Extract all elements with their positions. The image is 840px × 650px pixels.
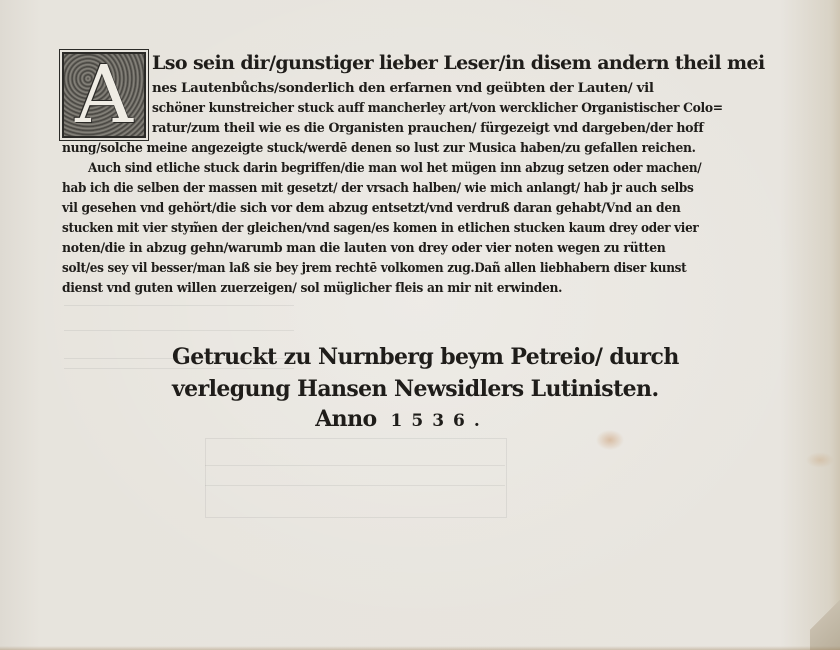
body-line-2: nes Lautenbůchs/sonderlich den erfarnen …: [152, 80, 654, 96]
body-line-3: schöner kunstreicher stuck auff mancherl…: [152, 100, 723, 116]
body-line-7: hab ich die selben der massen mit gesetz…: [62, 180, 694, 196]
body-line-8: vil gesehen vnd gehört/die sich vor dem …: [62, 200, 680, 216]
colophon-year: Anno1536.: [172, 406, 632, 432]
show-through-box: [205, 438, 507, 518]
page-corner-fold: [810, 580, 840, 650]
colophon-line-2: verlegung Hansen Newsidlers Lutinisten.: [172, 376, 632, 402]
body-line-1: Lso sein dir/gunstiger lieber Leser/in d…: [152, 52, 765, 74]
colophon-year-digits: 1536.: [391, 411, 489, 431]
page-bottom-edge: [0, 646, 840, 650]
body-line-6: Auch sind etliche stuck darin begriffen/…: [88, 160, 701, 176]
body-line-12: dienst vnd guten willen zuerzeigen/ sol …: [62, 280, 562, 296]
initial-letter: A: [75, 55, 133, 135]
show-through-line: [205, 465, 505, 466]
body-line-11: solt/es sey vil besser/man laß sie bey j…: [62, 260, 686, 276]
colophon-line-1: Getruckt zu Nurnberg beym Petreio/ durch: [172, 344, 632, 370]
decorated-initial: A: [62, 52, 146, 138]
show-through-line: [205, 485, 505, 486]
colophon-year-word: Anno: [315, 406, 376, 432]
show-through-line: [64, 330, 294, 331]
body-line-9: stucken mit vier stym̃en der gleichen/vn…: [62, 220, 698, 236]
body-line-10: noten/die in abzug gehn/warumb man die l…: [62, 240, 666, 256]
body-line-5: nung/solche meine angezeigte stuck/werdē…: [62, 140, 696, 156]
show-through-line: [64, 305, 294, 306]
body-line-4: ratur/zum theil wie es die Organisten pr…: [152, 120, 703, 136]
